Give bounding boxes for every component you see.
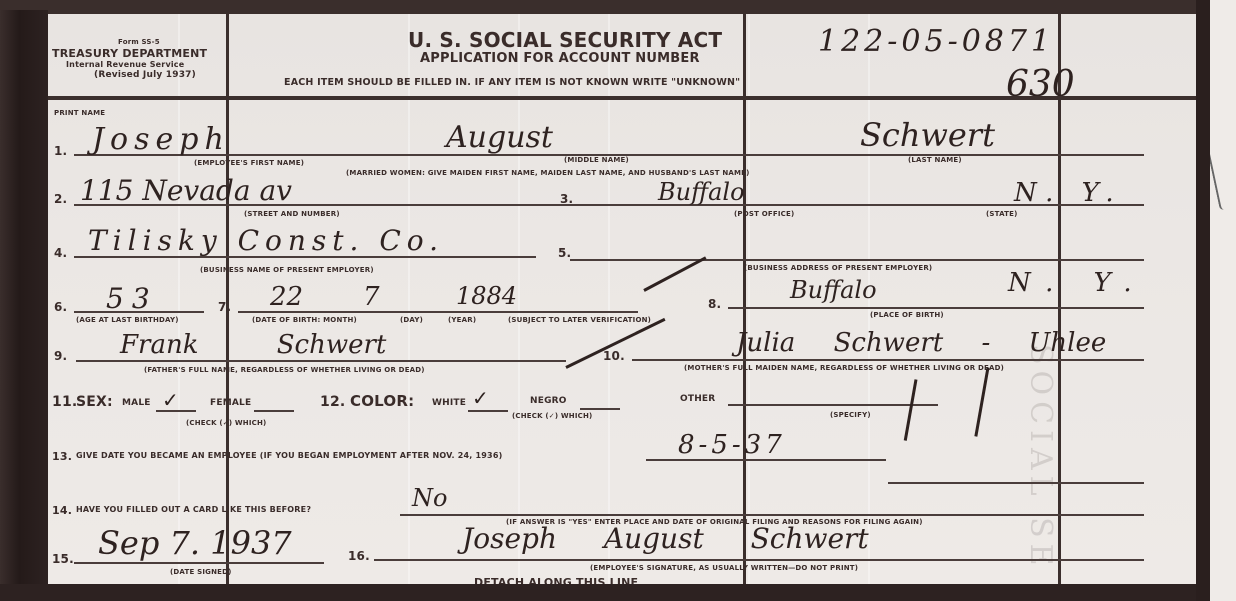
state-label: (STATE) (986, 210, 1018, 218)
item-3-number: 3. (560, 192, 573, 206)
specify-label: (SPECIFY) (830, 411, 871, 419)
scan-border-top (0, 0, 1210, 14)
form-number: Form SS-5 (118, 38, 160, 46)
item-9-number: 9. (54, 349, 67, 363)
form-subtitle: APPLICATION FOR ACCOUNT NUMBER (420, 51, 700, 66)
revision: (Revised July 1937) (94, 70, 196, 80)
female-option-label: FEMALE (210, 398, 251, 408)
color-label: COLOR: (350, 392, 414, 410)
birth-day-value[interactable]: 7 (363, 282, 380, 312)
age-value[interactable]: 53 (106, 282, 158, 315)
filed-before-value[interactable]: No (412, 484, 447, 512)
employment-date-value[interactable]: 8-5-37 (678, 430, 786, 460)
birth-month-value[interactable]: 22 (270, 282, 303, 312)
white-checkmark-icon[interactable]: ✓ (472, 386, 489, 410)
department: TREASURY DEPARTMENT (52, 47, 207, 60)
item-12-number: 12. (320, 394, 345, 410)
verification-label: (SUBJECT TO LATER VERIFICATION) (508, 316, 651, 324)
employer-address-label: (BUSINESS ADDRESS OF PRESENT EMPLOYER) (744, 264, 932, 272)
first-name-value[interactable]: Joseph (92, 122, 230, 157)
sex-check-note: (CHECK (✓) WHICH) (186, 419, 266, 427)
scan-border-bottom (0, 584, 1210, 601)
account-number: 122-05-0871 (818, 24, 1054, 59)
birthplace-value[interactable]: Buffalo (790, 276, 877, 304)
street-value[interactable]: 115 Nevada av (80, 174, 292, 207)
date-signed-value[interactable]: Sep 7. 1937 (98, 524, 292, 562)
married-women-note: (MARRIED WOMEN: GIVE MAIDEN FIRST NAME, … (346, 169, 750, 177)
signature-label: (EMPLOYEE'S SIGNATURE, AS USUALLY WRITTE… (590, 564, 858, 572)
agency: Internal Revenue Service (66, 60, 184, 69)
item-7-number: 7. (218, 300, 231, 314)
item-13-number: 13. (52, 450, 72, 463)
filed-before-label: HAVE YOU FILLED OUT A CARD LIKE THIS BEF… (76, 505, 311, 514)
item-6-number: 6. (54, 300, 67, 314)
print-name-label: PRINT NAME (54, 109, 105, 117)
birth-year-label: (YEAR) (448, 316, 476, 324)
scan-margin (1210, 0, 1236, 601)
signature-value[interactable]: Joseph August Schwert (462, 522, 869, 555)
mother-name-label: (MOTHER'S FULL MAIDEN NAME, REGARDLESS O… (684, 364, 1004, 372)
street-label: (STREET AND NUMBER) (244, 210, 340, 218)
item-14-number: 14. (52, 504, 72, 517)
item-15-number: 15. (52, 552, 74, 566)
birthplace-state-value[interactable]: N. Y. (1008, 268, 1148, 298)
color-check-note: (CHECK (✓) WHICH) (512, 412, 592, 420)
age-label: (AGE AT LAST BIRTHDAY) (76, 316, 179, 324)
middle-name-value[interactable]: August (446, 120, 553, 155)
item-10-number: 10. (603, 349, 625, 363)
form-title: U. S. SOCIAL SECURITY ACT (408, 28, 722, 52)
state-value[interactable]: N. Y. (1014, 178, 1124, 208)
post-office-label: (POST OFFICE) (734, 210, 794, 218)
detach-line-label: DETACH ALONG THIS LINE (474, 576, 638, 584)
item-2-number: 2. (54, 192, 67, 206)
date-signed-label: (DATE SIGNED) (170, 568, 232, 576)
item-16-number: 16. (348, 549, 370, 563)
item-4-number: 4. (54, 246, 67, 260)
birth-month-label: (DATE OF BIRTH: MONTH) (252, 316, 357, 324)
birth-day-label: (DAY) (400, 316, 423, 324)
birth-year-value[interactable]: 1884 (456, 282, 517, 310)
item-11-number: 11. (52, 394, 77, 410)
employer-name-label: (BUSINESS NAME OF PRESENT EMPLOYER) (200, 266, 374, 274)
employer-name-value[interactable]: Tilisky Const. Co. (88, 224, 444, 257)
item-8-number: 8. (708, 297, 721, 311)
last-name-label: (LAST NAME) (908, 156, 962, 164)
father-name-value[interactable]: Frank Schwert (120, 330, 386, 360)
item-1-number: 1. (54, 144, 67, 158)
scan-border-right (1196, 0, 1210, 601)
father-name-label: (FATHER'S FULL NAME, REGARDLESS OF WHETH… (144, 366, 425, 374)
watermark: SOCIAL SE (1023, 344, 1058, 572)
white-option-label: WHITE (432, 398, 466, 408)
first-name-label: (EMPLOYEE'S FIRST NAME) (194, 159, 304, 167)
male-checkmark-icon[interactable]: ✓ (162, 388, 179, 412)
birthplace-label: (PLACE OF BIRTH) (870, 311, 944, 319)
item-5-number: 5. (558, 246, 571, 260)
sex-label: SEX: (76, 394, 113, 410)
scan-border-left (0, 10, 48, 601)
last-name-value[interactable]: Schwert (860, 116, 995, 154)
post-office-value[interactable]: Buffalo (658, 178, 745, 206)
form-card: SOCIAL SE Form SS-5 TREASURY DEPARTMENT … (48, 14, 1196, 584)
employment-date-label: GIVE DATE YOU BECAME AN EMPLOYEE (IF YOU… (76, 451, 502, 460)
negro-option-label: NEGRO (530, 396, 567, 406)
male-option-label: MALE (122, 398, 151, 408)
header-rule (48, 96, 1196, 100)
other-option-label: OTHER (680, 394, 715, 404)
mother-name-value[interactable]: Julia Schwert - Uhlee (736, 328, 1106, 358)
middle-name-label: (MIDDLE NAME) (564, 156, 629, 164)
form-instruction: EACH ITEM SHOULD BE FILLED IN. IF ANY IT… (284, 77, 740, 88)
